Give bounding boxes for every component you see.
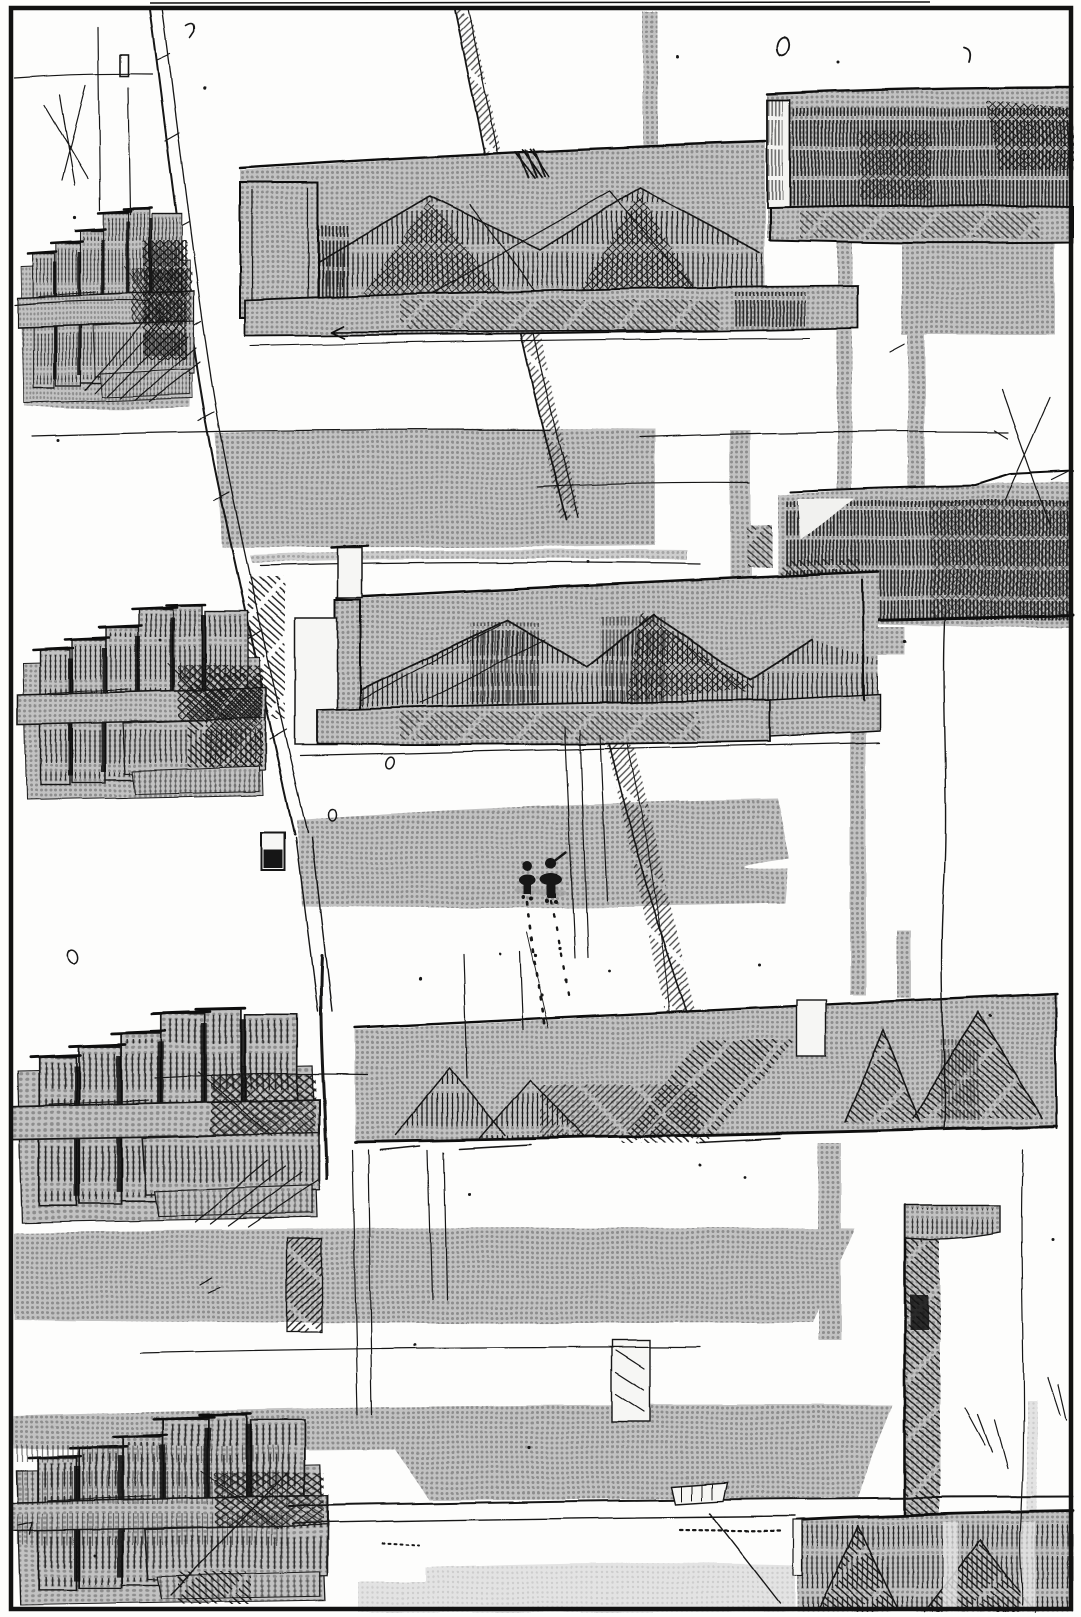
balcony-top-right	[767, 87, 1073, 243]
balcony-bottom-right	[793, 1511, 1073, 1612]
sketch-canvas	[0, 0, 1081, 1617]
manga-panel: Aerial ink sketch panel — housing block …	[0, 0, 1081, 1617]
